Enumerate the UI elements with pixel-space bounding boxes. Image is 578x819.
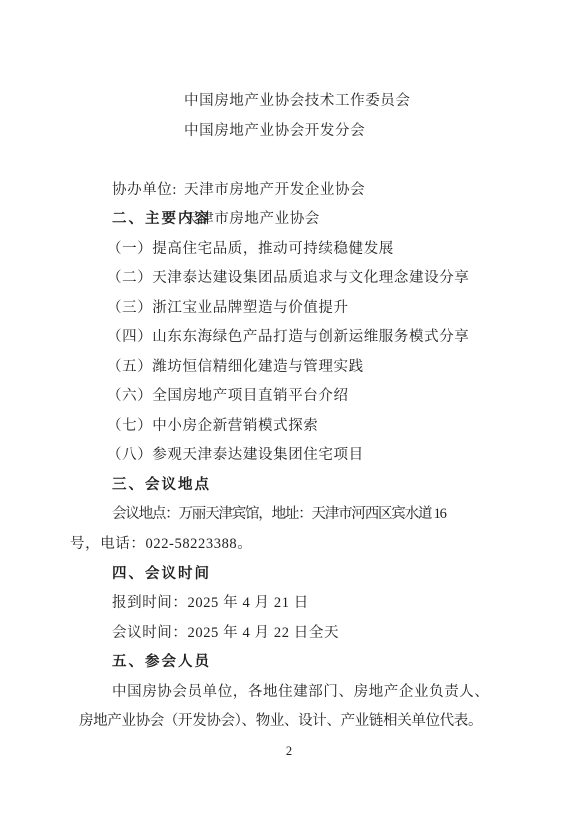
venue-paragraph-line: 会议地点：万丽天津宾馆，地址：天津市河西区宾水道 16	[0, 500, 578, 530]
section-heading-attendees: 五、参会人员	[0, 648, 578, 678]
organizer-line: 中国房地产业协会开发分会	[0, 117, 578, 147]
agenda-item: （七）中小房企新营销模式探索	[0, 412, 578, 442]
agenda-item: （八）参观天津泰达建设集团住宅项目	[0, 441, 578, 471]
time-line-meeting: 会议时间：2025 年 4 月 22 日全天	[0, 619, 578, 649]
section-heading-time: 四、会议时间	[0, 560, 578, 590]
agenda-item: （四）山东东海绿色产品打造与创新运维服务模式分享	[0, 323, 578, 353]
time-line-checkin: 报到时间：2025 年 4 月 21 日	[0, 589, 578, 619]
agenda-item: （六）全国房地产项目直销平台介绍	[0, 382, 578, 412]
agenda-item: （三）浙江宝业品牌塑造与价值提升	[0, 294, 578, 324]
section-heading-main-content: 二、主要内容	[0, 205, 578, 235]
attendees-paragraph-line: 中国房协会员单位，各地住建部门、房地产企业负责人、	[0, 678, 578, 708]
venue-paragraph-line: 号，电话：022-58223388。	[0, 530, 578, 560]
attendees-paragraph-line: 房地产业协会（开发协会）、物业、设计、产业链相关单位代表。	[0, 707, 578, 737]
agenda-item: （五）潍坊恒信精细化建造与管理实践	[0, 353, 578, 383]
agenda-item: （一）提高住宅品质，推动可持续稳健发展	[0, 235, 578, 265]
section-heading-venue: 三、会议地点	[0, 471, 578, 501]
document-page: 中国房地产业协会技术工作委员会 中国房地产业协会开发分会 协办单位: 天津市房地…	[0, 0, 578, 819]
organizer-line: 中国房地产业协会技术工作委员会	[0, 87, 578, 117]
co-organizer-unit: 天津市房地产开发企业协会	[0, 176, 578, 206]
page-number: 2	[0, 737, 578, 767]
co-organizer-line: 协办单位: 天津市房地产业协会	[0, 146, 578, 176]
document-body: 中国房地产业协会技术工作委员会 中国房地产业协会开发分会 协办单位: 天津市房地…	[0, 87, 578, 737]
agenda-item: （二）天津泰达建设集团品质追求与文化理念建设分享	[0, 264, 578, 294]
